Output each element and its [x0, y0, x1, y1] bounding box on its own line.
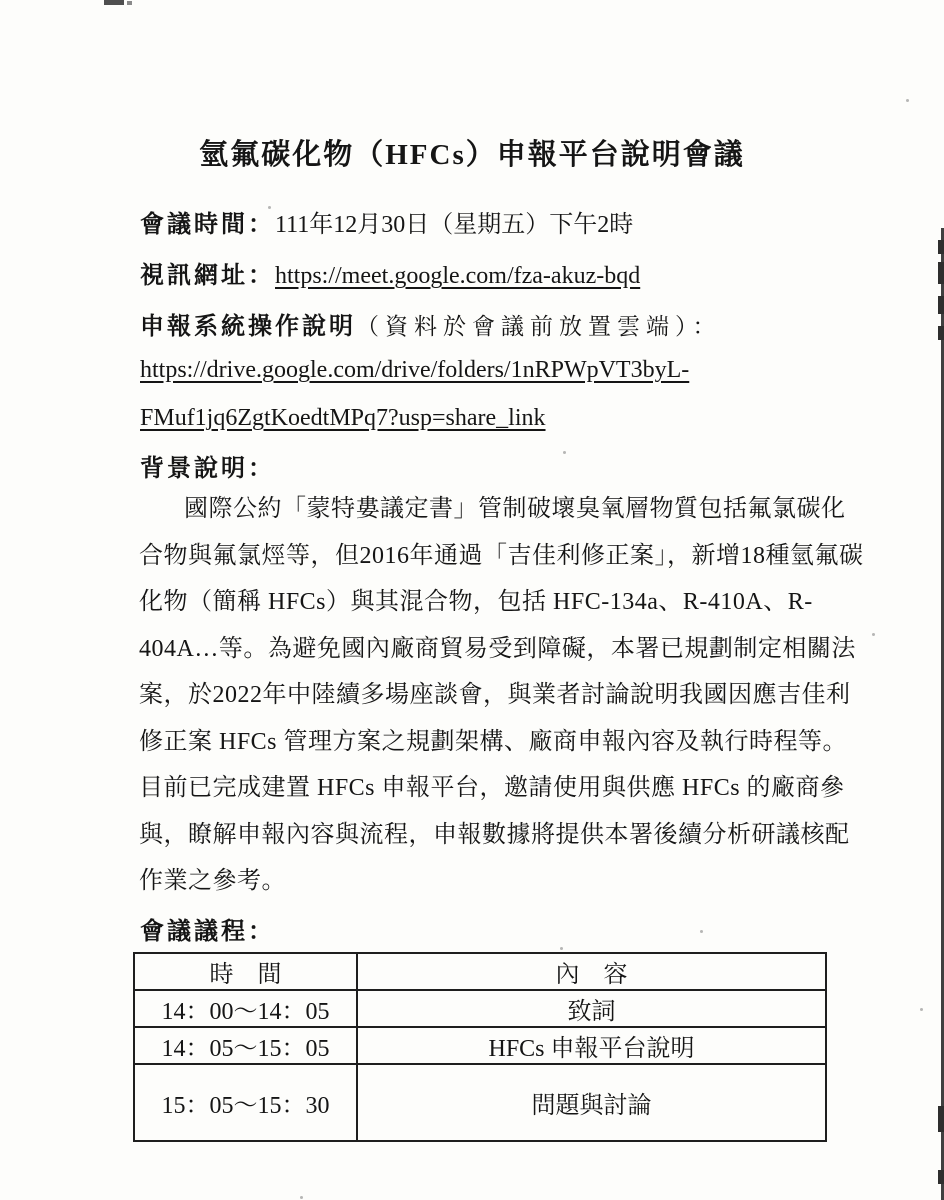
agenda-header-row: 時 間 內 容: [134, 953, 826, 990]
scan-speck: [300, 1196, 303, 1199]
agenda-cell-time: 14：00～14：05: [134, 990, 357, 1027]
scanned-document-page: 氫氟碳化物（HFCs）申報平台說明會議 會議時間：111年12月30日（星期五）…: [0, 0, 944, 1200]
agenda-header-time: 時 間: [134, 953, 357, 990]
scan-artifact-top-dash: [104, 0, 124, 5]
agenda-header-content: 內 容: [357, 953, 826, 990]
video-url-line: 視訊網址：https://meet.google.com/fza-akuz-bq…: [140, 255, 640, 290]
agenda-cell-content: 問題與討論: [357, 1064, 826, 1141]
agenda-table: 時 間 內 容 14：00～14：05 致詞 14：05～15：05 HFCs …: [133, 952, 827, 1142]
agenda-row: 15：05～15：30 問題與討論: [134, 1064, 826, 1141]
paragraph-line: 修正案 HFCs 管理方案之規劃架構、廠商申報內容及執行時程等。: [139, 719, 819, 766]
video-conference-link[interactable]: https://meet.google.com/fza-akuz-bqd: [275, 263, 640, 289]
video-url-label: 視訊網址：: [140, 263, 275, 289]
scan-speck: [560, 947, 563, 950]
background-paragraph: 國際公約「蒙特婁議定書」管制破壞臭氧層物質包括氟氯碳化 合物與氟氯烴等，但201…: [139, 486, 819, 905]
scan-speck: [700, 930, 703, 933]
paragraph-line: 合物與氟氯烴等，但2016年通過「吉佳利修正案」，新增18種氫氟碳: [139, 533, 819, 580]
scan-artifact-top-dash-2: [127, 1, 132, 5]
agenda-cell-time: 14：05～15：05: [134, 1027, 357, 1064]
agenda-cell-content: 致詞: [357, 990, 826, 1027]
scan-edge-mark: [938, 1170, 944, 1184]
agenda-cell-content: HFCs 申報平台說明: [357, 1027, 826, 1064]
system-doc-line: 申報系統操作說明（資料於會議前放置雲端）：: [140, 306, 722, 341]
paragraph-line: 國際公約「蒙特婁議定書」管制破壞臭氧層物質包括氟氯碳化: [139, 486, 819, 533]
scan-speck: [563, 451, 566, 454]
scan-edge-mark: [938, 326, 944, 340]
scan-edge-mark: [938, 262, 944, 284]
scan-speck: [906, 99, 909, 102]
agenda-row: 14：00～14：05 致詞: [134, 990, 826, 1027]
paragraph-line: 作業之參考。: [139, 858, 819, 905]
system-doc-note: （資料於會議前放置雲端）：: [356, 314, 722, 339]
system-doc-label: 申報系統操作說明: [140, 314, 356, 340]
drive-url-line-1: https://drive.google.com/drive/folders/1…: [140, 357, 689, 384]
scan-speck: [872, 633, 875, 636]
paragraph-line: 化物（簡稱 HFCs）與其混合物，包括 HFC-134a、R-410A、R-: [139, 579, 819, 626]
scan-edge-mark: [938, 1106, 944, 1132]
paragraph-line: 404A…等。為避免國內廠商貿易受到障礙，本署已規劃制定相關法: [139, 626, 819, 673]
agenda-cell-time: 15：05～15：30: [134, 1064, 357, 1141]
agenda-row: 14：05～15：05 HFCs 申報平台說明: [134, 1027, 826, 1064]
drive-url-line-2: FMuf1jq6ZgtKoedtMPq7?usp=share_link: [140, 405, 546, 432]
drive-folder-link-part1[interactable]: https://drive.google.com/drive/folders/1…: [140, 357, 689, 383]
meeting-time-label: 會議時間：: [140, 212, 275, 238]
paragraph-line: 目前已完成建置 HFCs 申報平台，邀請使用與供應 HFCs 的廠商參: [139, 765, 819, 812]
paragraph-line: 案，於2022年中陸續多場座談會，與業者討論說明我國因應吉佳利: [139, 672, 819, 719]
scan-speck: [920, 1008, 923, 1011]
drive-folder-link-part2[interactable]: FMuf1jq6ZgtKoedtMPq7?usp=share_link: [140, 405, 546, 431]
document-title: 氫氟碳化物（HFCs）申報平台說明會議: [0, 132, 944, 173]
meeting-time-line: 會議時間：111年12月30日（星期五）下午2時: [140, 204, 633, 239]
scan-edge-mark: [938, 240, 944, 254]
scan-edge-mark: [938, 296, 944, 314]
paragraph-line: 與，瞭解申報內容與流程，申報數據將提供本署後續分析研議核配: [139, 812, 819, 859]
background-heading: 背景說明：: [140, 448, 275, 483]
meeting-time-value: 111年12月30日（星期五）下午2時: [275, 212, 633, 238]
agenda-heading: 會議議程：: [140, 911, 275, 946]
